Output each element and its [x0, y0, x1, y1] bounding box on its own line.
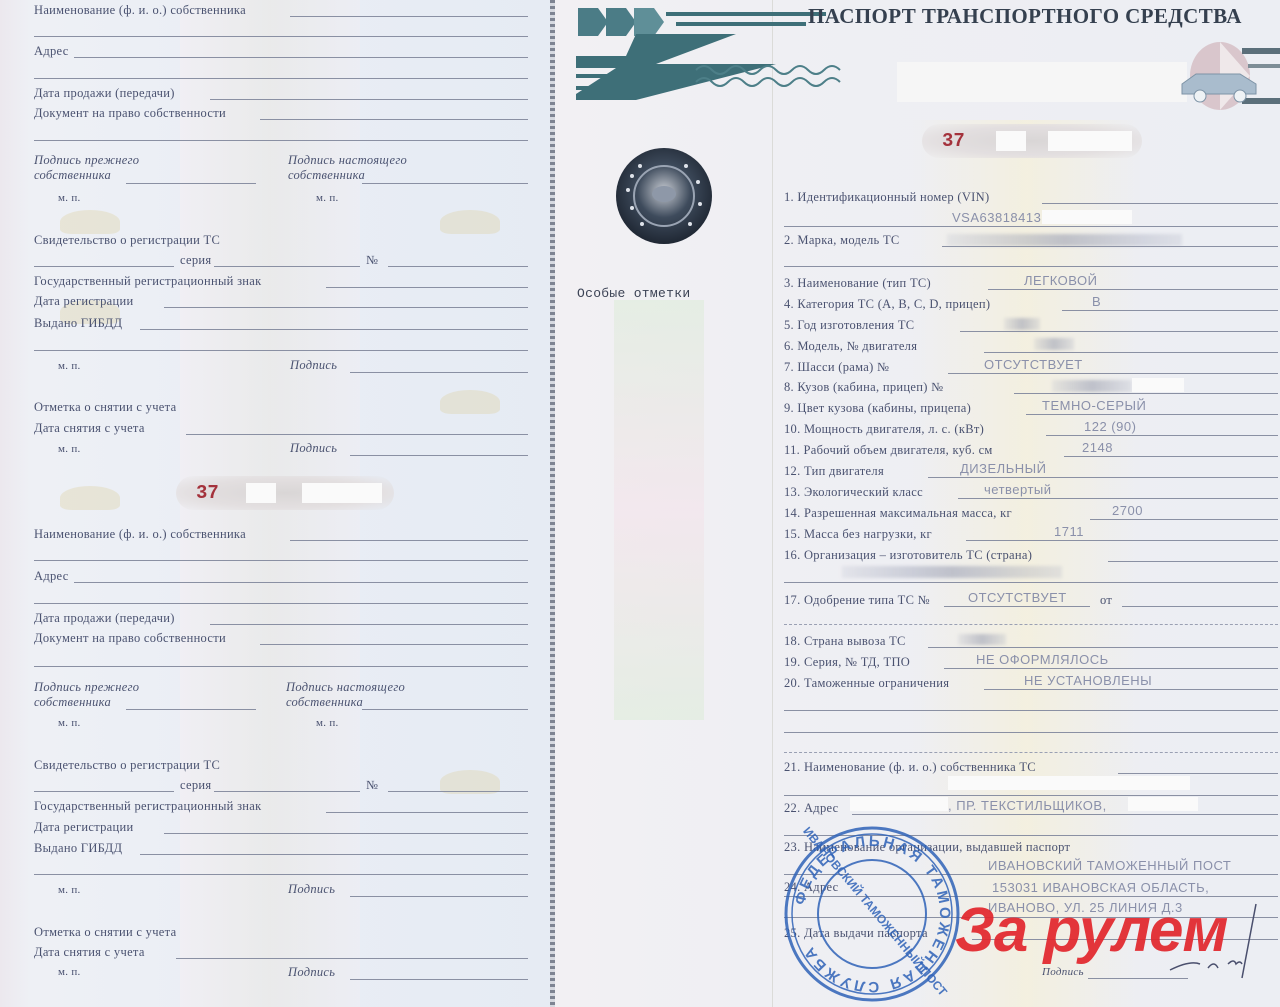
ownership-doc-label: Документ на право собственности: [34, 631, 226, 646]
ownership-doc-label: Документ на право собственности: [34, 106, 226, 121]
dereg-mark-label: Отметка о снятии с учета: [34, 925, 176, 940]
field-3-label: 3. Наименование (тип ТС): [784, 276, 931, 291]
field-14-value: 2700: [1112, 503, 1143, 518]
curr-owner-signature-line[interactable]: [362, 183, 528, 184]
field-11-value: 2148: [1082, 440, 1113, 455]
owner-name-line[interactable]: [290, 540, 528, 541]
field-3-value: ЛЕГКОВОЙ: [1024, 273, 1097, 288]
field-10-label: 10. Мощность двигателя, л. с. (кВт): [784, 422, 984, 437]
address-line[interactable]: [74, 582, 528, 583]
reg-date-label: Дата регистрации: [34, 294, 133, 309]
dereg-mark-label: Отметка о снятии с учета: [34, 400, 176, 415]
reg-date-line[interactable]: [164, 833, 528, 834]
curr-owner-signature-line[interactable]: [362, 709, 528, 710]
prev-owner-signature-label: Подпись прежнего собственника: [34, 153, 174, 183]
vin-value: VSA63818413: [952, 210, 1041, 225]
stamp-mark: м. п.: [58, 884, 81, 896]
blurred-engine-number: [1034, 338, 1074, 350]
security-ribbon: [614, 300, 704, 720]
sale-date-label: Дата продажи (передачи): [34, 86, 175, 101]
serial-number-prefix: 37: [942, 130, 965, 152]
redacted-serial-part: [1048, 131, 1132, 151]
field-16-line[interactable]: [1108, 561, 1278, 562]
prev-owner-signature-line[interactable]: [126, 183, 256, 184]
field-9-label: 9. Цвет кузова (кабины, прицепа): [784, 401, 971, 416]
field-6-line[interactable]: [984, 352, 1278, 353]
stamp-mark: м. п.: [58, 360, 81, 372]
watermark-logo: За рулем: [955, 895, 1227, 966]
issued-by-label: Выдано ГИБДД: [34, 841, 122, 856]
field-15-label: 15. Масса без нагрузки, кг: [784, 527, 932, 542]
stamp-mark: м. п.: [58, 966, 81, 978]
field-20-label: 20. Таможенные ограничения: [784, 676, 949, 691]
stamp-mark: м. п.: [58, 443, 81, 455]
field-17-value: ОТСУТСТВУЕТ: [968, 590, 1067, 605]
page-spine-perforation: [550, 0, 555, 1007]
blurred-export-country: [958, 634, 1006, 645]
owner-name-line-2[interactable]: [34, 36, 528, 37]
field-18-line[interactable]: [928, 647, 1278, 648]
field-2-line-2[interactable]: [784, 266, 1278, 267]
redacted-serial-part: [996, 131, 1026, 151]
guilloche-ornament: [440, 210, 500, 234]
owner-name-line-2[interactable]: [34, 560, 528, 561]
address-line-2[interactable]: [34, 603, 528, 604]
dereg-date-line[interactable]: [186, 434, 528, 435]
field-3-line[interactable]: [988, 289, 1278, 290]
number-line[interactable]: [388, 791, 528, 792]
dereg-date-label: Дата снятия с учета: [34, 421, 145, 436]
field-19-line[interactable]: [944, 668, 1278, 669]
issued-by-line[interactable]: [140, 854, 528, 855]
field-5-line[interactable]: [960, 331, 1278, 332]
signature-label: Подпись: [1042, 966, 1084, 978]
signature-label: Подпись: [288, 882, 335, 897]
curr-owner-signature-label: Подпись настоящего собственника: [286, 680, 446, 710]
ownership-doc-line[interactable]: [260, 119, 528, 120]
field-4-line[interactable]: [1062, 310, 1278, 311]
field-8-line[interactable]: [1014, 393, 1278, 394]
redacted-vin-part: [1042, 210, 1132, 224]
field-13-value: четвертый: [984, 482, 1052, 497]
reg-date-label: Дата регистрации: [34, 820, 133, 835]
special-marks-label: Особые отметки: [577, 286, 690, 301]
serial-number-field: 37: [922, 124, 1142, 158]
field-10-line[interactable]: [1046, 435, 1278, 436]
owner-name-label: Наименование (ф. и. о.) собственника: [34, 527, 246, 542]
field-5-label: 5. Год изготовления ТС: [784, 318, 914, 333]
field-22-label: 22. Адрес: [784, 801, 839, 816]
field-24-value: 153031 ИВАНОВСКАЯ ОБЛАСТЬ,: [992, 880, 1209, 895]
address-label: Адрес: [34, 44, 69, 59]
blurred-body-number: [1052, 380, 1132, 392]
field-8-label: 8. Кузов (кабина, прицеп) №: [784, 380, 943, 395]
blurred-year: [1004, 318, 1040, 330]
field-23-value: ИВАНОВСКИЙ ТАМОЖЕННЫЙ ПОСТ: [988, 858, 1231, 873]
reg-cert-prefix-line[interactable]: [34, 266, 174, 267]
redacted-serial-part: [302, 483, 382, 503]
field-19-value: НЕ ОФОРМЛЯЛОСЬ: [976, 652, 1109, 667]
hologram-seal-icon: [612, 146, 720, 246]
field-7-label: 7. Шасси (рама) №: [784, 360, 889, 375]
blurred-make-model: [947, 234, 1182, 246]
signature-line[interactable]: [350, 979, 528, 980]
dereg-date-label: Дата снятия с учета: [34, 945, 145, 960]
field-22-value: , ПР. ТЕКСТИЛЬЩИКОВ,: [948, 798, 1107, 813]
redacted-body-number: [1132, 378, 1184, 392]
redacted-owner-name: [948, 776, 1190, 790]
series-label: серия: [180, 253, 211, 268]
ownership-doc-line[interactable]: [260, 644, 528, 645]
field-20-line-3[interactable]: [784, 732, 1278, 733]
owner-name-line[interactable]: [290, 16, 528, 17]
field-4-label: 4. Категория ТС (А, В, С, D, прицеп): [784, 297, 990, 312]
signature-label: Подпись: [288, 965, 335, 980]
field-1-line[interactable]: [1042, 203, 1278, 204]
field-2-line[interactable]: [942, 246, 1278, 247]
stamp-mark: м. п.: [316, 717, 339, 729]
signature-label: Подпись: [290, 358, 337, 373]
state-plate-label: Государственный регистрационный знак: [34, 274, 262, 289]
number-line[interactable]: [388, 266, 528, 267]
field-21-line-2[interactable]: [784, 795, 1278, 796]
section-divider: [784, 752, 1278, 753]
field-20-line-2[interactable]: [784, 710, 1278, 711]
prev-owner-signature-line[interactable]: [126, 709, 256, 710]
serial-number-field: 37: [176, 476, 394, 510]
field-1-line-2[interactable]: [784, 226, 1278, 227]
car-emblem-icon: [1178, 40, 1280, 112]
field-11-line[interactable]: [1064, 456, 1278, 457]
customs-stamp-icon: ФЕДЕРАЛЬНАЯ ТАМОЖЕННАЯ СЛУЖБА ИВАНОВСКИЙ…: [780, 818, 966, 1007]
page-divider: [772, 0, 773, 1007]
address-line[interactable]: [74, 57, 528, 58]
field-17-line[interactable]: [944, 606, 1090, 607]
stamp-mark: м. п.: [58, 192, 81, 204]
signature-line[interactable]: [350, 372, 528, 373]
series-line[interactable]: [214, 791, 360, 792]
field-15-line[interactable]: [966, 540, 1278, 541]
field-11-label: 11. Рабочий объем двигателя, куб. см: [784, 443, 993, 458]
field-14-label: 14. Разрешенная максимальная масса, кг: [784, 506, 1012, 521]
field-10-value: 122 (90): [1084, 419, 1136, 434]
field-17-date-line[interactable]: [1122, 606, 1278, 607]
issued-by-line-2[interactable]: [34, 874, 528, 875]
redacted-address: [850, 797, 948, 811]
field-2-label: 2. Марка, модель ТС: [784, 233, 900, 248]
field-19-label: 19. Серия, № ТД, ТПО: [784, 655, 910, 670]
guilloche-ornament: [60, 210, 120, 234]
field-12-value: ДИЗЕЛЬНЫЙ: [960, 461, 1046, 476]
series-line[interactable]: [214, 266, 360, 267]
field-21-label: 21. Наименование (ф. и. о.) собственника…: [784, 760, 1036, 775]
dereg-date-line[interactable]: [176, 958, 528, 959]
number-label: №: [366, 778, 378, 793]
field-22-line[interactable]: [852, 814, 1278, 815]
field-6-label: 6. Модель, № двигателя: [784, 339, 917, 354]
reg-cert-prefix-line[interactable]: [34, 791, 174, 792]
sale-date-line[interactable]: [210, 99, 528, 100]
curr-owner-signature-label: Подпись настоящего собственника: [288, 153, 448, 183]
field-18-label: 18. Страна вывоза ТС: [784, 634, 906, 649]
series-label: серия: [180, 778, 211, 793]
field-12-line[interactable]: [928, 477, 1278, 478]
number-label: №: [366, 253, 378, 268]
redacted-header-area: [897, 62, 1187, 102]
field-9-value: ТЕМНО-СЕРЫЙ: [1042, 398, 1146, 413]
signature-label: Подпись: [290, 441, 337, 456]
issued-by-line[interactable]: [140, 329, 528, 330]
field-13-label: 13. Экологический класс: [784, 485, 923, 500]
issued-by-label: Выдано ГИБДД: [34, 316, 122, 331]
field-16-line-2[interactable]: [784, 582, 1278, 583]
address-label: Адрес: [34, 569, 69, 584]
field-13-line[interactable]: [958, 498, 1278, 499]
signature-line[interactable]: [350, 896, 528, 897]
right-page: ПАСПОРТ ТРАНСПОРТНОГО СРЕДСТВА Особые от…: [552, 0, 1280, 1007]
field-20-line[interactable]: [984, 689, 1278, 690]
serial-number-prefix: 37: [196, 482, 219, 504]
field-16-label: 16. Организация – изготовитель ТС (стран…: [784, 548, 1032, 563]
reg-cert-label: Свидетельство о регистрации ТС: [34, 233, 220, 248]
redacted-serial-part: [246, 483, 276, 503]
document-title: ПАСПОРТ ТРАНСПОРТНОГО СРЕДСТВА: [808, 4, 1242, 29]
reg-cert-label: Свидетельство о регистрации ТС: [34, 758, 220, 773]
field-7-line[interactable]: [948, 373, 1278, 374]
field-12-label: 12. Тип двигателя: [784, 464, 884, 479]
signature-line[interactable]: [350, 455, 528, 456]
guilloche-ornament: [60, 486, 120, 510]
sale-date-line[interactable]: [210, 624, 528, 625]
guilloche-ornament: [440, 390, 500, 414]
field-9-line[interactable]: [1026, 414, 1278, 415]
field-17-label: 17. Одобрение типа ТС №: [784, 593, 930, 608]
issued-by-line-2[interactable]: [34, 350, 528, 351]
field-15-value: 1711: [1054, 524, 1084, 539]
field-21-line[interactable]: [1118, 773, 1278, 774]
section-divider: [784, 624, 1278, 625]
address-line-2[interactable]: [34, 78, 528, 79]
stamp-mark: м. п.: [316, 192, 339, 204]
state-plate-line[interactable]: [326, 287, 528, 288]
field-1-label: 1. Идентификационный номер (VIN): [784, 190, 989, 205]
field-4-value: В: [1092, 294, 1101, 309]
redacted-address: [1128, 797, 1198, 811]
blurred-manufacturer: [842, 566, 1062, 578]
left-page: Наименование (ф. и. о.) собственника Адр…: [0, 0, 552, 1007]
field-20-value: НЕ УСТАНОВЛЕНЫ: [1024, 673, 1152, 688]
stamp-mark: м. п.: [58, 717, 81, 729]
state-plate-line[interactable]: [326, 812, 528, 813]
field-14-line[interactable]: [1090, 519, 1278, 520]
ownership-doc-line-2[interactable]: [34, 666, 528, 667]
prev-owner-signature-label: Подпись прежнего собственника: [34, 680, 174, 710]
state-plate-label: Государственный регистрационный знак: [34, 799, 262, 814]
sale-date-label: Дата продажи (передачи): [34, 611, 175, 626]
field-17-date-label: от: [1100, 593, 1112, 608]
field-7-value: ОТСУТСТВУЕТ: [984, 357, 1083, 372]
owner-name-label: Наименование (ф. и. о.) собственника: [34, 3, 246, 18]
reg-date-line[interactable]: [164, 307, 528, 308]
ownership-doc-line-2[interactable]: [34, 140, 528, 141]
